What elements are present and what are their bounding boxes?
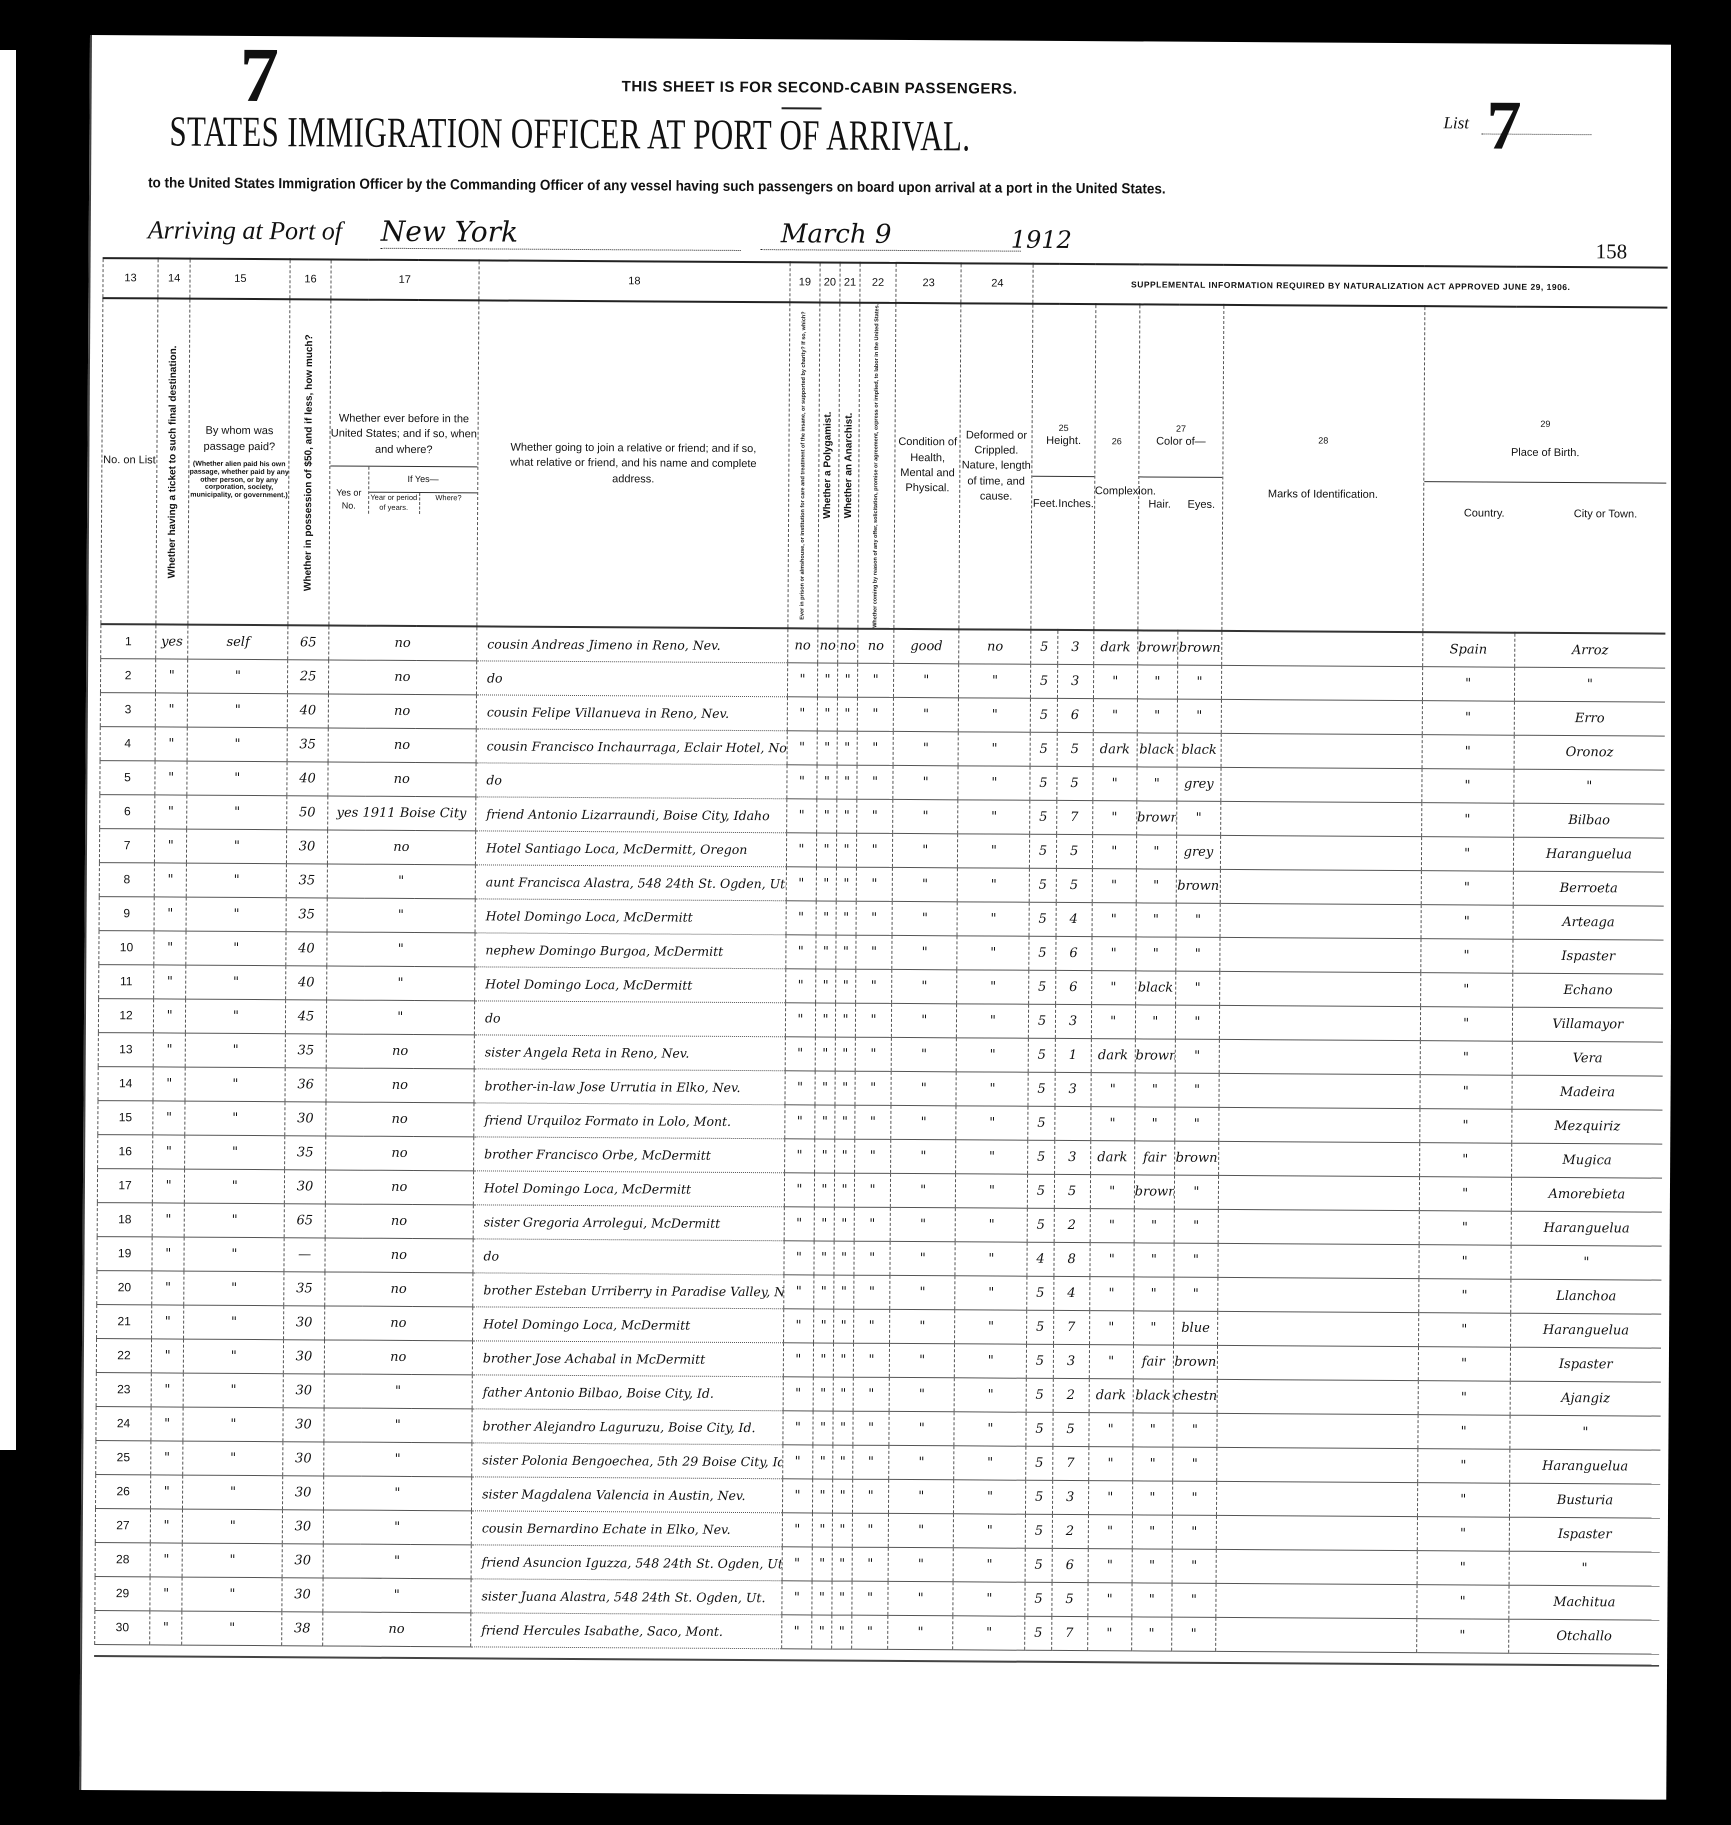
eye-color-cell: brown [1178, 631, 1222, 666]
row-number-cell: ✓24 [96, 1407, 151, 1441]
marks-cell [1220, 937, 1421, 972]
height-feet-cell: 5 [1027, 1276, 1053, 1310]
polygamist-cell: " [813, 1377, 833, 1411]
polygamist-cell: " [817, 663, 837, 697]
complexion-cell: " [1088, 1481, 1132, 1515]
complexion-cell: " [1090, 1243, 1134, 1277]
health-cell: " [889, 1445, 954, 1479]
col-29-text: Place of Birth. [1424, 446, 1667, 463]
hair-color-cell: brown [1134, 1175, 1174, 1209]
paid-by-cell: self [188, 625, 288, 660]
anarchist-cell: no [838, 629, 858, 664]
money-cell: 30 [287, 830, 327, 864]
deformed-cell: " [956, 1174, 1028, 1208]
row-number-cell: ✓18 [97, 1203, 152, 1237]
deformed-cell: " [954, 1446, 1026, 1480]
contract-labor-cell: " [854, 1207, 890, 1241]
marks-cell [1216, 1481, 1417, 1516]
polygamist-cell: " [817, 731, 837, 765]
polygamist-cell: " [816, 935, 836, 969]
ever-in-us-cell: no [328, 728, 477, 763]
health-cell: " [890, 1207, 955, 1241]
col-25-text: Height. [1033, 434, 1094, 450]
contract-labor-cell: " [852, 1581, 888, 1615]
marks-cell [1216, 1549, 1417, 1584]
paid-by-cell: " [187, 727, 287, 762]
ticket-cell: " [155, 693, 187, 727]
birth-country-cell: " [1421, 905, 1513, 940]
marks-cell [1221, 767, 1422, 802]
row-number: 19 [118, 1247, 131, 1261]
anarchist-cell: " [835, 1071, 855, 1105]
relative-address-cell: Hotel Domingo Loca, McDermitt [475, 967, 786, 1003]
health-cell: " [893, 697, 958, 731]
col-17-header: Whether ever before in the United States… [328, 299, 478, 626]
height-feet-cell: 5 [1026, 1446, 1052, 1480]
row-number: 15 [119, 1111, 132, 1125]
col-25-inches: Inches. [1058, 497, 1094, 513]
row-number: 28 [116, 1553, 129, 1567]
ever-in-us-cell: no [324, 1272, 473, 1307]
col-16-number: 16 [290, 259, 330, 299]
row-number-cell: ✓17 [97, 1169, 152, 1203]
anarchist-cell: " [834, 1309, 854, 1343]
paid-by-cell: " [182, 1543, 282, 1578]
money-cell: 65 [285, 1204, 325, 1238]
birth-city-cell: Machitua [1509, 1585, 1660, 1620]
birth-city-cell: Madeira [1512, 1075, 1663, 1110]
polygamist-cell: " [812, 1615, 832, 1649]
passenger-rows: ✓1yesself65nocousin Andreas Jimeno in Re… [95, 624, 1666, 1654]
marks-cell [1218, 1243, 1419, 1278]
polygamist-cell: " [812, 1581, 832, 1615]
polygamist-cell: " [815, 1071, 835, 1105]
contract-labor-cell: " [852, 1513, 888, 1547]
complexion-cell: " [1088, 1447, 1132, 1481]
row-number: 8 [124, 873, 131, 887]
polygamist-cell: " [815, 1037, 835, 1071]
deformed-cell: " [958, 868, 1030, 902]
deformed-cell: " [954, 1412, 1026, 1446]
col-19-header: Ever in prison or almshouse, or institut… [788, 302, 820, 628]
health-cell: " [892, 969, 957, 1003]
anarchist-cell: " [834, 1275, 854, 1309]
height-inches-cell: 5 [1056, 766, 1092, 800]
polygamist-cell: " [816, 901, 836, 935]
ever-in-us-cell: " [323, 1442, 472, 1477]
deformed-cell: " [955, 1344, 1027, 1378]
row-number: 14 [119, 1077, 132, 1091]
birth-city-cell: " [1514, 667, 1665, 702]
birth-country-cell: " [1416, 1619, 1508, 1654]
hair-color-cell: " [1135, 1073, 1175, 1107]
complexion-cell: dark [1091, 1039, 1135, 1073]
col-14-text: Whether having a ticket to such final de… [165, 345, 180, 578]
birth-country-cell: " [1422, 735, 1514, 770]
ticket-cell: " [150, 1611, 182, 1645]
polygamist-cell: " [815, 1105, 835, 1139]
health-cell: " [888, 1513, 953, 1547]
birth-country-cell: " [1417, 1449, 1509, 1484]
health-cell: " [890, 1309, 955, 1343]
deformed-cell: " [959, 698, 1031, 732]
col-29-country: Country. [1424, 506, 1545, 522]
complexion-cell: dark [1093, 630, 1137, 665]
row-number-cell: ✓26 [95, 1475, 150, 1509]
contract-labor-cell: no [858, 629, 894, 664]
relative-address-cell: brother Francisco Orbe, McDermitt [474, 1137, 785, 1173]
hair-color-cell: fair [1133, 1345, 1173, 1379]
complexion-cell: " [1090, 1175, 1134, 1209]
complexion-cell: " [1091, 937, 1135, 971]
contract-labor-cell: " [855, 1071, 891, 1105]
birth-country-cell: " [1422, 701, 1514, 736]
money-cell: 30 [284, 1340, 324, 1374]
col-29-number: 29 [1424, 417, 1667, 431]
birth-country-cell: " [1418, 1313, 1510, 1348]
eye-color-cell: " [1172, 1481, 1216, 1515]
birth-country-cell: " [1417, 1483, 1509, 1518]
complexion-cell: " [1088, 1549, 1132, 1583]
birth-country-cell: " [1418, 1347, 1510, 1382]
eye-color-cell: grey [1177, 767, 1221, 801]
deformed-cell: " [955, 1242, 1027, 1276]
ticket-cell: " [151, 1475, 183, 1509]
hair-color-cell: " [1135, 1005, 1175, 1039]
relative-address-cell: friend Asuncion Iguzza, 548 24th St. Ogd… [471, 1545, 782, 1581]
height-feet-cell: 5 [1028, 1106, 1054, 1140]
row-number: 6 [124, 805, 131, 819]
eye-color-cell: " [1176, 903, 1220, 937]
health-cell: " [892, 901, 957, 935]
relative-address-cell: father Antonio Bilbao, Boise City, Id. [472, 1375, 783, 1411]
marks-cell [1216, 1515, 1417, 1550]
eye-color-cell: " [1172, 1583, 1216, 1617]
complexion-cell: " [1089, 1311, 1133, 1345]
hair-color-cell: black [1133, 1379, 1173, 1413]
eye-color-cell: " [1174, 1243, 1218, 1277]
ticket-cell: " [153, 1101, 185, 1135]
paid-by-cell: " [186, 965, 286, 1000]
health-cell: " [893, 799, 958, 833]
col-28-number: 28 [1223, 434, 1423, 448]
eye-color-cell: black [1177, 733, 1221, 767]
hair-color-cell: " [1136, 903, 1176, 937]
relative-address-cell: sister Juana Alastra, 548 24th St. Ogden… [471, 1579, 782, 1615]
paid-by-cell: " [186, 931, 286, 966]
prison-cell: " [787, 697, 817, 731]
health-cell: " [894, 663, 959, 697]
birth-country-cell: " [1419, 1143, 1511, 1178]
prison-cell: " [787, 765, 817, 799]
paid-by-cell: " [185, 1067, 285, 1102]
relative-address-cell: cousin Bernardino Echate in Elko, Nev. [471, 1511, 782, 1547]
health-cell: " [888, 1547, 953, 1581]
contract-labor-cell: " [855, 1037, 891, 1071]
deformed-cell: " [957, 902, 1029, 936]
ticket-cell: " [154, 965, 186, 999]
height-inches-cell: 5 [1051, 1582, 1087, 1616]
row-number-cell: ✓20 [97, 1271, 152, 1305]
hair-color-cell: " [1135, 1107, 1175, 1141]
birth-city-cell: Haranguelua [1511, 1211, 1662, 1246]
col-25-number: 25 [1033, 422, 1094, 435]
contract-labor-cell: " [853, 1343, 889, 1377]
eye-color-cell: " [1174, 1277, 1218, 1311]
col-25-header: 25Height.Feet.Inches. [1031, 304, 1095, 630]
hair-color-cell: " [1132, 1481, 1172, 1515]
money-cell: 40 [286, 932, 326, 966]
ever-in-us-cell: no [324, 1306, 473, 1341]
col-13-number: 13 [103, 258, 158, 298]
row-number: 7 [124, 839, 131, 853]
height-inches-cell: 3 [1057, 664, 1093, 698]
paid-by-cell: " [182, 1611, 282, 1646]
polygamist-cell: " [816, 833, 836, 867]
row-number: 18 [118, 1213, 131, 1227]
height-feet-cell: 5 [1028, 1140, 1054, 1174]
eye-color-cell: grey [1176, 835, 1220, 869]
marks-cell [1219, 1107, 1420, 1142]
complexion-cell: " [1092, 903, 1136, 937]
birth-city-cell: Erro [1514, 701, 1665, 736]
height-feet-cell: 5 [1030, 766, 1056, 800]
ticket-cell: " [152, 1203, 184, 1237]
prison-cell: " [784, 1173, 814, 1207]
col-13-header: No. on List [101, 298, 158, 624]
anarchist-cell: " [836, 935, 856, 969]
row-number-cell: ✓14 [98, 1067, 153, 1101]
prison-cell: " [784, 1241, 814, 1275]
height-inches-cell: 7 [1051, 1616, 1087, 1650]
money-cell: 35 [285, 1136, 325, 1170]
money-cell: 30 [285, 1102, 325, 1136]
money-cell: 35 [287, 864, 327, 898]
col-25-feet: Feet. [1033, 497, 1059, 513]
ever-in-us-cell: no [328, 694, 477, 729]
prison-cell: " [782, 1615, 812, 1649]
ever-in-us-cell: no [325, 1238, 474, 1273]
row-number-cell: ✓13 [98, 1033, 153, 1067]
birth-country-cell: " [1422, 667, 1514, 702]
prison-cell: " [783, 1343, 813, 1377]
ever-in-us-cell: " [324, 1408, 473, 1443]
hair-color-cell: " [1132, 1515, 1172, 1549]
health-cell: " [891, 1139, 956, 1173]
birth-city-cell: Haranguelua [1509, 1449, 1660, 1484]
polygamist-cell: " [817, 799, 837, 833]
marks-cell [1219, 1073, 1420, 1108]
complexion-cell: " [1087, 1617, 1131, 1651]
paid-by-cell: " [183, 1373, 283, 1408]
ticket-cell: " [154, 897, 186, 931]
birth-city-cell: Villamayor [1512, 1007, 1663, 1042]
height-feet-cell: 5 [1027, 1378, 1053, 1412]
complexion-cell: " [1092, 835, 1136, 869]
height-feet-cell: 5 [1030, 868, 1056, 902]
birth-city-cell: Ispaster [1513, 939, 1664, 974]
birth-country-cell: " [1416, 1585, 1508, 1620]
anarchist-cell: " [832, 1513, 852, 1547]
col-17-yes-no: Yes or No. [330, 467, 369, 514]
anarchist-cell: " [834, 1241, 854, 1275]
relative-address-cell: friend Antonio Lizarraundi, Boise City, … [476, 797, 787, 833]
height-feet-cell: 5 [1025, 1616, 1051, 1650]
height-inches-cell: 5 [1052, 1412, 1088, 1446]
height-feet-cell: 5 [1029, 902, 1055, 936]
height-inches-cell: 3 [1054, 1140, 1090, 1174]
row-number-cell: ✓15 [98, 1101, 153, 1135]
relative-address-cell: do [476, 661, 787, 697]
col-17-where: Where? [420, 493, 478, 514]
anarchist-cell: " [834, 1207, 854, 1241]
height-feet-cell: 5 [1031, 664, 1057, 698]
row-number: 20 [118, 1281, 131, 1295]
contract-labor-cell: " [853, 1479, 889, 1513]
deformed-cell: " [954, 1480, 1026, 1514]
height-inches-cell: 3 [1055, 1004, 1091, 1038]
col-20-number: 20 [820, 262, 840, 302]
row-number: 2 [125, 669, 132, 683]
hair-color-cell: " [1133, 1311, 1173, 1345]
height-feet-cell: 5 [1030, 834, 1056, 868]
marks-cell [1218, 1175, 1419, 1210]
col-23-header: Condition of Health, Mental and Physical… [894, 303, 961, 629]
col-26-text: Complexion. [1095, 484, 1138, 500]
col-21-number: 21 [840, 263, 860, 303]
contract-labor-cell: " [854, 1173, 890, 1207]
paid-by-cell: " [188, 659, 288, 694]
hair-color-cell: brown [1135, 1039, 1175, 1073]
health-cell: " [892, 1003, 957, 1037]
ticket-cell: " [151, 1441, 183, 1475]
money-cell: 38 [282, 1612, 322, 1646]
eye-color-cell: " [1172, 1515, 1216, 1549]
height-feet-cell: 4 [1027, 1242, 1053, 1276]
row-number: 5 [124, 771, 131, 785]
ticket-cell: " [156, 659, 188, 693]
deformed-cell: " [953, 1582, 1025, 1616]
eye-color-cell: brown [1176, 869, 1220, 903]
marks-cell [1219, 1039, 1420, 1074]
anarchist-cell: " [832, 1547, 852, 1581]
health-cell: " [890, 1241, 955, 1275]
eye-color-cell: " [1175, 971, 1219, 1005]
contract-labor-cell: " [858, 663, 894, 697]
birth-country-cell: " [1417, 1517, 1509, 1552]
height-inches-cell: 7 [1053, 1310, 1089, 1344]
deformed-cell: " [955, 1208, 1027, 1242]
birth-city-cell: Arroz [1514, 633, 1665, 668]
anarchist-cell: " [836, 901, 856, 935]
birth-country-cell: " [1420, 973, 1512, 1008]
hair-color-cell: black [1135, 971, 1175, 1005]
col-15-header: By whom was passage paid?(Whether alien … [188, 299, 290, 626]
deformed-cell: " [954, 1378, 1026, 1412]
birth-country-cell: " [1419, 1075, 1511, 1110]
eye-color-cell: " [1175, 1107, 1219, 1141]
marks-cell [1220, 971, 1421, 1006]
deformed-cell: " [956, 1106, 1028, 1140]
deformed-cell: " [957, 936, 1029, 970]
passenger-table: 13 14 15 16 17 18 19 20 21 22 23 24 SUPP… [94, 257, 1667, 1655]
anarchist-cell: " [833, 1411, 853, 1445]
height-feet-cell: 5 [1026, 1548, 1052, 1582]
row-number-cell: ✓7 [99, 829, 154, 863]
anarchist-cell: " [837, 663, 857, 697]
birth-city-cell: Ispaster [1509, 1517, 1660, 1552]
marks-cell [1219, 1141, 1420, 1176]
contract-labor-cell: " [852, 1615, 888, 1649]
birth-country-cell: " [1421, 769, 1513, 804]
col-27-text: Color of— [1139, 435, 1222, 451]
ever-in-us-cell: " [326, 966, 475, 1001]
relative-address-cell: aunt Francisca Alastra, 548 24th St. Ogd… [475, 865, 786, 901]
contract-labor-cell: " [857, 731, 893, 765]
paid-by-cell: " [185, 1135, 285, 1170]
relative-address-cell: brother Jose Achabal in McDermitt [472, 1341, 783, 1377]
relative-address-cell: friend Hercules Isabathe, Saco, Mont. [471, 1613, 782, 1649]
relative-address-cell: brother Esteban Urriberry in Paradise Va… [473, 1273, 784, 1309]
money-cell: 30 [283, 1544, 323, 1578]
complexion-cell: " [1091, 1073, 1135, 1107]
polygamist-cell: " [812, 1547, 832, 1581]
ticket-cell: " [153, 1033, 185, 1067]
row-number-cell: ✓29 [95, 1577, 150, 1611]
row-number-cell: ✓11 [99, 965, 154, 999]
birth-city-cell: Otchallo [1508, 1619, 1659, 1654]
birth-country-cell: " [1419, 1211, 1511, 1246]
subtitle: to the United States Immigration Officer… [148, 175, 1166, 197]
anarchist-cell: " [837, 799, 857, 833]
height-feet-cell: 5 [1028, 1174, 1054, 1208]
height-feet-cell: 5 [1029, 970, 1055, 1004]
complexion-cell: " [1093, 665, 1137, 699]
prison-cell: " [785, 1071, 815, 1105]
row-number: 17 [118, 1179, 131, 1193]
ticket-cell: " [150, 1543, 182, 1577]
money-cell: 35 [284, 1272, 324, 1306]
polygamist-cell: " [814, 1207, 834, 1241]
column-header-row: No. on List Whether having a ticket to s… [101, 298, 1667, 634]
paid-by-cell: " [183, 1441, 283, 1476]
money-cell: 35 [286, 1034, 326, 1068]
health-cell: " [891, 1105, 956, 1139]
row-number-cell: ✓3 [100, 693, 155, 727]
polygamist-cell: " [813, 1445, 833, 1479]
contract-labor-cell: " [855, 1139, 891, 1173]
money-cell: 30 [284, 1374, 324, 1408]
polygamist-cell: " [817, 765, 837, 799]
height-feet-cell: 5 [1026, 1412, 1052, 1446]
row-number: 23 [117, 1383, 130, 1397]
height-feet-cell: 5 [1030, 800, 1056, 834]
contract-labor-cell: " [856, 867, 892, 901]
ever-in-us-cell: " [327, 864, 476, 899]
ever-in-us-cell: no [326, 1034, 475, 1069]
marks-cell [1216, 1617, 1417, 1652]
col-22-number: 22 [860, 263, 896, 303]
marks-cell [1221, 801, 1422, 836]
marks-cell [1218, 1209, 1419, 1244]
hair-color-cell: fair [1134, 1141, 1174, 1175]
money-cell: 45 [286, 1000, 326, 1034]
port-of-arrival: New York [381, 215, 741, 251]
row-number: 9 [123, 907, 130, 921]
relative-address-cell: Hotel Domingo Loca, McDermitt [473, 1307, 784, 1343]
marks-cell [1218, 1277, 1419, 1312]
row-number: 27 [116, 1519, 129, 1533]
